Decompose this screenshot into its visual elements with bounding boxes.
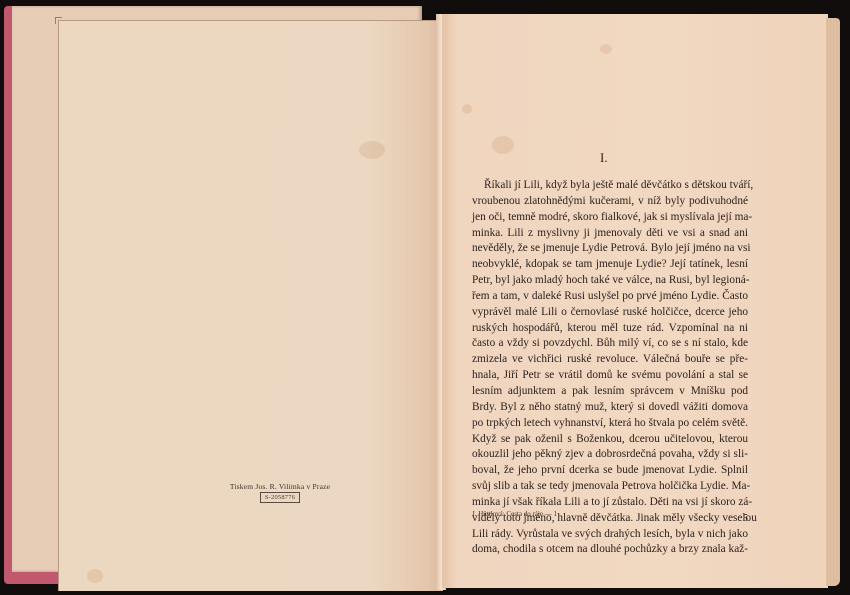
text-line: okouzlil jeho pěkný zjev a dobrosrdečná …: [472, 447, 748, 463]
page-stain: [462, 104, 472, 114]
imprint-code: S-2058776: [260, 492, 300, 503]
page-stain: [359, 141, 385, 159]
text-line: ruských hospodářů, kterou měl tuze rád. …: [472, 321, 748, 337]
text-line: Lili rády. Vyrůstala ve svých drahých le…: [472, 527, 748, 543]
left-page: [58, 20, 443, 591]
text-line: lesním adjunktem a pak lesním správcem v…: [472, 384, 748, 400]
text-line: jen oči, temně modré, skoro fialkové, ja…: [472, 210, 748, 226]
text-line: Petr, byl jako mladý hoch také ve válce,…: [472, 273, 748, 289]
text-line: po trpkých letech vyhnanství, která ho š…: [472, 416, 748, 432]
imprint-text: Tiskem Jos. R. Vilímka v Praze: [180, 482, 380, 491]
text-line: svůj slib a tak se tedy jmenovala Petrov…: [472, 479, 748, 495]
text-line: zmizela ve vichřici ruské revoluce. Vále…: [472, 352, 748, 368]
text-line: Říkali jí Lili, když byla ještě malé děv…: [472, 178, 748, 194]
text-line: minka. Lili z myslivny ji jmenovaly děti…: [472, 226, 748, 242]
text-line: často a vždy si povzdychl. Bůh milý ví, …: [472, 336, 748, 352]
text-line: řem a tam, v daleké Rusi uslyšel po prvé…: [472, 289, 748, 305]
text-line: minka jí však říkala Lili a to jí zůstal…: [472, 495, 748, 511]
page-stain: [492, 136, 514, 154]
text-line: hnala, Jiří Petr se vrátil domů ke svému…: [472, 368, 748, 384]
body-text: Říkali jí Lili, když byla ještě malé děv…: [472, 178, 748, 558]
text-line: doma, chodila s otcem na dlouhé pochůzky…: [472, 542, 748, 558]
text-line: vroubenou zlatohnědými kučerami, v níž b…: [472, 194, 748, 210]
footer-signature: J. Hüttlová: Cesta do ráje — 1: [472, 510, 557, 518]
page-stain: [600, 44, 612, 54]
text-line: boval, že jeho první dcerka se bude jmen…: [472, 463, 748, 479]
page-stain: [87, 569, 103, 583]
page-edges: [826, 18, 840, 586]
text-line: Brdy. Byl z něho statný muž, který si do…: [472, 400, 748, 416]
text-line: nevěděly, že se jmenuje Lydie Petrová. B…: [472, 241, 748, 257]
text-line: neobvyklé, kdopak se tam jmenuje Lydie? …: [472, 257, 748, 273]
text-line: Když se pak oženil s Boženkou, dcerou uč…: [472, 432, 748, 448]
page-number: 5: [743, 513, 748, 524]
chapter-heading: I.: [600, 150, 608, 166]
printer-imprint: Tiskem Jos. R. Vilímka v Praze S-2058776: [180, 482, 380, 503]
text-line: vyprávěl malé Lili o černovlasé ruské ho…: [472, 305, 748, 321]
